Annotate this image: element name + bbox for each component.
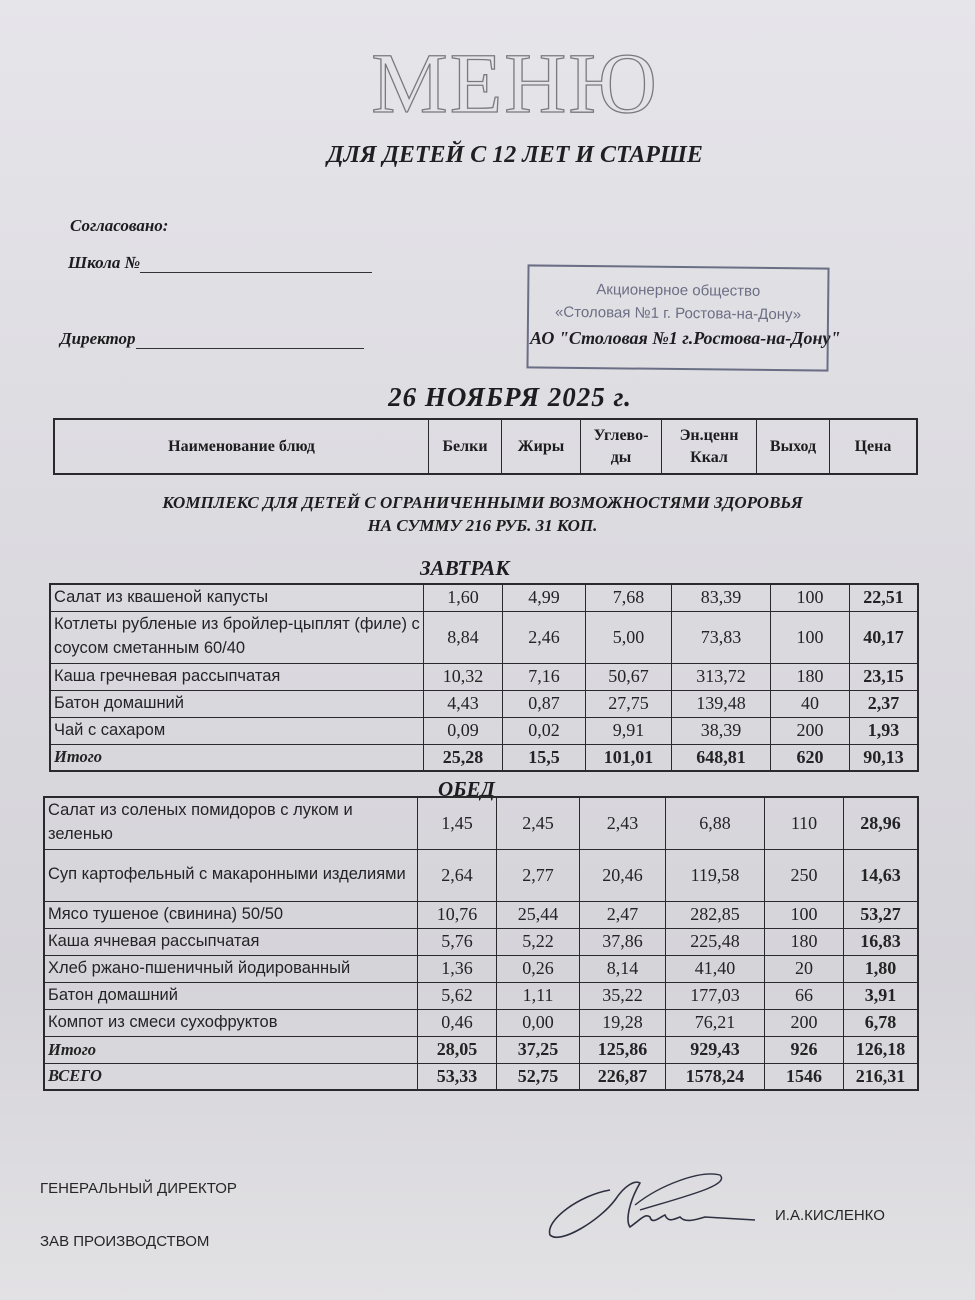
cell-energy: 119,58 xyxy=(666,849,765,901)
cell-fat: 4,99 xyxy=(503,584,586,611)
cell-fat: 0,00 xyxy=(497,1009,580,1036)
signature-icon xyxy=(540,1165,760,1245)
cell-yield: 100 xyxy=(765,901,844,928)
cell-yield: 20 xyxy=(765,955,844,982)
director-field: Директор xyxy=(60,329,364,349)
cell-fat: 0,87 xyxy=(503,690,586,717)
cell-protein: 5,62 xyxy=(418,982,497,1009)
cell-yield: 110 xyxy=(765,797,844,849)
cell-yield: 66 xyxy=(765,982,844,1009)
cell-protein: 0,46 xyxy=(418,1009,497,1036)
col-fat: Жиры xyxy=(502,419,581,474)
cell-price: 1,80 xyxy=(844,955,919,982)
cell-fat: 0,02 xyxy=(503,717,586,744)
cell-protein: 4,43 xyxy=(424,690,503,717)
cell-fat: 5,22 xyxy=(497,928,580,955)
cell-name: Итого xyxy=(50,744,424,771)
cell-carbs: 2,47 xyxy=(580,901,666,928)
total-row: ВСЕГО53,3352,75226,871578,241546216,31 xyxy=(44,1063,918,1090)
cell-price: 23,15 xyxy=(850,663,919,690)
stamp-line-1: Акционерное общество xyxy=(529,280,827,300)
cell-carbs: 50,67 xyxy=(586,663,672,690)
cell-carbs: 35,22 xyxy=(580,982,666,1009)
cell-name: Суп картофельный с макаронными изделиями xyxy=(44,849,418,901)
cell-yield: 100 xyxy=(771,611,850,663)
cell-yield: 200 xyxy=(765,1009,844,1036)
cell-yield: 620 xyxy=(771,744,850,771)
cell-name: Итого xyxy=(44,1036,418,1063)
menu-document: МЕНЮ ДЛЯ ДЕТЕЙ С 12 ЛЕТ И СТАРШЕ Согласо… xyxy=(0,0,975,1300)
cell-yield: 1546 xyxy=(765,1063,844,1090)
col-protein: Белки xyxy=(429,419,502,474)
cell-energy: 73,83 xyxy=(672,611,771,663)
director-blank-line xyxy=(136,332,364,349)
cell-energy: 83,39 xyxy=(672,584,771,611)
cell-price: 14,63 xyxy=(844,849,919,901)
cell-price: 22,51 xyxy=(850,584,919,611)
cell-energy: 6,88 xyxy=(666,797,765,849)
cell-fat: 2,77 xyxy=(497,849,580,901)
col-price: Цена xyxy=(830,419,918,474)
cell-name: Компот из смеси сухофруктов xyxy=(44,1009,418,1036)
cell-yield: 200 xyxy=(771,717,850,744)
director-label: Директор xyxy=(60,329,136,348)
cell-carbs: 19,28 xyxy=(580,1009,666,1036)
breakfast-table: Салат из квашеной капусты1,604,997,6883,… xyxy=(49,583,919,772)
cell-protein: 5,76 xyxy=(418,928,497,955)
cell-energy: 38,39 xyxy=(672,717,771,744)
cell-carbs: 37,86 xyxy=(580,928,666,955)
table-row: Чай с сахаром0,090,029,9138,392001,93 xyxy=(50,717,918,744)
cell-carbs: 9,91 xyxy=(586,717,672,744)
cell-fat: 7,16 xyxy=(503,663,586,690)
cell-carbs: 226,87 xyxy=(580,1063,666,1090)
total-row: Итого28,0537,25125,86929,43926126,18 xyxy=(44,1036,918,1063)
cell-carbs: 125,86 xyxy=(580,1036,666,1063)
agreed-label: Согласовано: xyxy=(70,216,168,236)
cell-carbs: 101,01 xyxy=(586,744,672,771)
table-row: Каша ячневая рассыпчатая5,765,2237,86225… xyxy=(44,928,918,955)
col-energy: Эн.ценнКкал xyxy=(662,419,757,474)
company-stamp: Акционерное общество «Столовая №1 г. Рос… xyxy=(526,264,829,371)
cell-energy: 648,81 xyxy=(672,744,771,771)
column-header-table: Наименование блюд Белки Жиры Углево-ды Э… xyxy=(53,418,918,475)
table-row: Салат из соленых помидоров с луком и зел… xyxy=(44,797,918,849)
cell-protein: 53,33 xyxy=(418,1063,497,1090)
cell-energy: 313,72 xyxy=(672,663,771,690)
cell-fat: 25,44 xyxy=(497,901,580,928)
stamp-line-2: «Столовая №1 г. Ростова-на-Дону» xyxy=(529,303,827,323)
school-field: Школа № xyxy=(68,253,372,273)
col-carbs: Углево-ды xyxy=(581,419,662,474)
cell-energy: 177,03 xyxy=(666,982,765,1009)
cell-carbs: 8,14 xyxy=(580,955,666,982)
cell-name: Хлеб ржано-пшеничный йодированный xyxy=(44,955,418,982)
cell-yield: 926 xyxy=(765,1036,844,1063)
cell-name: ВСЕГО xyxy=(44,1063,418,1090)
cell-price: 40,17 xyxy=(850,611,919,663)
cell-name: Салат из квашеной капусты xyxy=(50,584,424,611)
cell-price: 2,37 xyxy=(850,690,919,717)
col-yield: Выход xyxy=(757,419,830,474)
cell-price: 16,83 xyxy=(844,928,919,955)
cell-yield: 180 xyxy=(771,663,850,690)
cell-name: Каша гречневая рассыпчатая xyxy=(50,663,424,690)
signatory-name: И.А.КИСЛЕНКО xyxy=(775,1207,885,1224)
cell-protein: 1,60 xyxy=(424,584,503,611)
school-label: Школа № xyxy=(68,253,140,272)
table-row: Салат из квашеной капусты1,604,997,6883,… xyxy=(50,584,918,611)
cell-price: 53,27 xyxy=(844,901,919,928)
breakfast-title: ЗАВТРАК xyxy=(420,556,510,581)
cell-name: Котлеты рубленые из бройлер-цыплят (филе… xyxy=(50,611,424,663)
cell-fat: 37,25 xyxy=(497,1036,580,1063)
table-row: Каша гречневая рассыпчатая10,327,1650,67… xyxy=(50,663,918,690)
cell-carbs: 7,68 xyxy=(586,584,672,611)
cell-energy: 139,48 xyxy=(672,690,771,717)
cell-yield: 250 xyxy=(765,849,844,901)
cell-name: Батон домашний xyxy=(50,690,424,717)
cell-protein: 10,32 xyxy=(424,663,503,690)
lunch-table: Салат из соленых помидоров с луком и зел… xyxy=(43,796,919,1091)
cell-protein: 0,09 xyxy=(424,717,503,744)
cell-carbs: 27,75 xyxy=(586,690,672,717)
cell-protein: 28,05 xyxy=(418,1036,497,1063)
cell-fat: 15,5 xyxy=(503,744,586,771)
menu-subtitle: ДЛЯ ДЕТЕЙ С 12 ЛЕТ И СТАРШЕ xyxy=(290,142,740,169)
cell-name: Батон домашний xyxy=(44,982,418,1009)
cell-protein: 1,36 xyxy=(418,955,497,982)
cell-energy: 1578,24 xyxy=(666,1063,765,1090)
cell-protein: 8,84 xyxy=(424,611,503,663)
cell-name: Мясо тушеное (свинина) 50/50 xyxy=(44,901,418,928)
table-row: Компот из смеси сухофруктов0,460,0019,28… xyxy=(44,1009,918,1036)
cell-carbs: 5,00 xyxy=(586,611,672,663)
production-head-label: ЗАВ ПРОИЗВОДСТВОМ xyxy=(40,1233,209,1250)
menu-date: 26 НОЯБРЯ 2025 г. xyxy=(320,382,700,413)
company-name: АО "Столовая №1 г.Ростова-на-Дону" xyxy=(530,328,840,349)
cell-price: 28,96 xyxy=(844,797,919,849)
table-row: Котлеты рубленые из бройлер-цыплят (филе… xyxy=(50,611,918,663)
cell-carbs: 20,46 xyxy=(580,849,666,901)
cell-name: Каша ячневая рассыпчатая xyxy=(44,928,418,955)
table-row: Хлеб ржано-пшеничный йодированный1,360,2… xyxy=(44,955,918,982)
general-director-label: ГЕНЕРАЛЬНЫЙ ДИРЕКТОР xyxy=(40,1180,237,1197)
complex-heading: КОМПЛЕКС ДЛЯ ДЕТЕЙ С ОГРАНИЧЕННЫМИ ВОЗМО… xyxy=(60,492,905,538)
cell-protein: 10,76 xyxy=(418,901,497,928)
cell-price: 6,78 xyxy=(844,1009,919,1036)
cell-yield: 180 xyxy=(765,928,844,955)
cell-fat: 1,11 xyxy=(497,982,580,1009)
table-row: Батон домашний4,430,8727,75139,48402,37 xyxy=(50,690,918,717)
school-blank-line xyxy=(140,256,372,273)
cell-price: 3,91 xyxy=(844,982,919,1009)
col-name: Наименование блюд xyxy=(54,419,429,474)
cell-fat: 2,45 xyxy=(497,797,580,849)
cell-price: 90,13 xyxy=(850,744,919,771)
cell-yield: 40 xyxy=(771,690,850,717)
cell-protein: 1,45 xyxy=(418,797,497,849)
cell-protein: 25,28 xyxy=(424,744,503,771)
menu-title: МЕНЮ xyxy=(330,40,700,126)
cell-price: 1,93 xyxy=(850,717,919,744)
cell-fat: 52,75 xyxy=(497,1063,580,1090)
total-row: Итого25,2815,5101,01648,8162090,13 xyxy=(50,744,918,771)
table-row: Мясо тушеное (свинина) 50/5010,7625,442,… xyxy=(44,901,918,928)
cell-protein: 2,64 xyxy=(418,849,497,901)
cell-yield: 100 xyxy=(771,584,850,611)
cell-fat: 0,26 xyxy=(497,955,580,982)
cell-price: 126,18 xyxy=(844,1036,919,1063)
cell-energy: 41,40 xyxy=(666,955,765,982)
table-row: Батон домашний5,621,1135,22177,03663,91 xyxy=(44,982,918,1009)
cell-energy: 225,48 xyxy=(666,928,765,955)
cell-price: 216,31 xyxy=(844,1063,919,1090)
cell-carbs: 2,43 xyxy=(580,797,666,849)
cell-name: Салат из соленых помидоров с луком и зел… xyxy=(44,797,418,849)
cell-energy: 76,21 xyxy=(666,1009,765,1036)
cell-energy: 282,85 xyxy=(666,901,765,928)
cell-energy: 929,43 xyxy=(666,1036,765,1063)
table-row: Суп картофельный с макаронными изделиями… xyxy=(44,849,918,901)
cell-fat: 2,46 xyxy=(503,611,586,663)
cell-name: Чай с сахаром xyxy=(50,717,424,744)
